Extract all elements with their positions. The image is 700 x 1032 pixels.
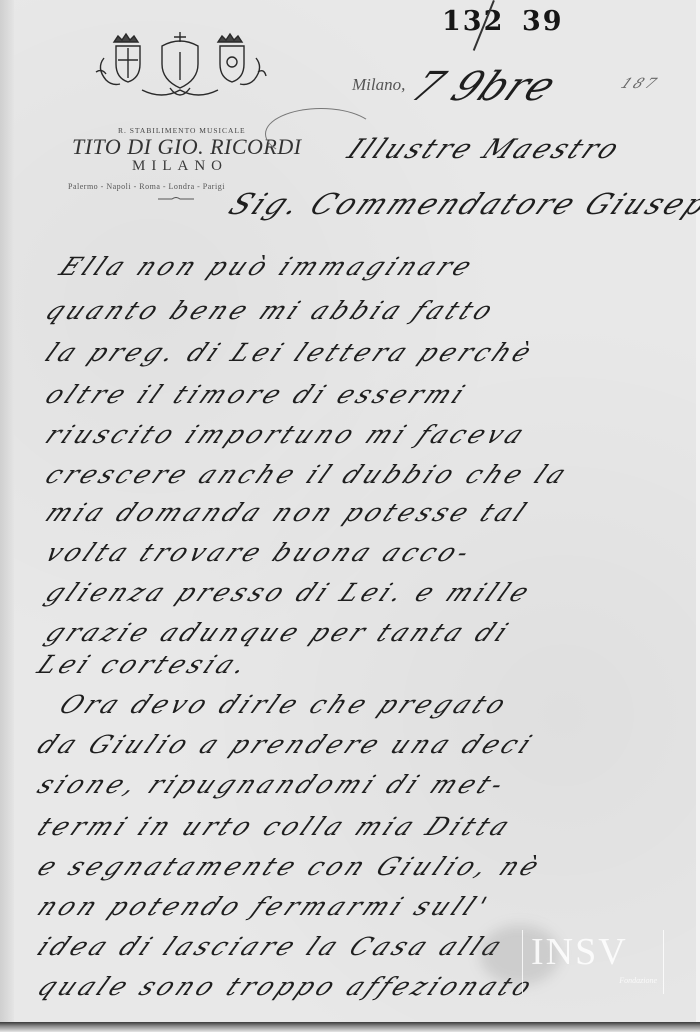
archive-number-right: 39 (522, 6, 564, 37)
body-line: idea di lasciare la Casa alla (32, 932, 511, 961)
body-line: quanto bene mi abbia fatto (40, 296, 502, 325)
body-line: Ella non può immaginare (54, 252, 481, 281)
body-line: Lei cortesia. (32, 650, 256, 679)
body-line: oltre il timore di essermi (40, 380, 473, 409)
body-line: sione, ripugnandomi di met- (32, 770, 513, 799)
page-right-edge (696, 0, 700, 1032)
body-line: e segnatamente con Giulio, nè (32, 852, 548, 881)
body-line: volta trovare buona acco- (40, 538, 479, 567)
body-line: non potendo fermarmi sull' (32, 892, 496, 921)
salutation-line-1: Illustre Maestro (342, 134, 628, 165)
body-line: Ora devo dirle che pregato (54, 690, 515, 719)
body-line: riuscito importuno mi faceva (40, 420, 533, 449)
salutation-line-2: Sig. Commendatore Giuseppe Verdi (223, 187, 700, 221)
body-line: grazie adunque per tanta di (40, 618, 517, 647)
page-left-edge (0, 0, 14, 1032)
date-handwritten: 7 9bre (403, 64, 565, 110)
archive-watermark: INSV Fondazione (522, 930, 664, 994)
body-line: mia domanda non potesse tal (40, 498, 535, 527)
archive-number-left: 132 (442, 6, 504, 37)
body-line: crescere anche il dubbio che la (40, 460, 575, 489)
letterhead-ornament-icon (158, 197, 194, 201)
body-line: la preg. di Lei lettera perchè (40, 338, 540, 367)
letterhead-city: MILANO (132, 158, 228, 175)
watermark-subtext: Fondazione (619, 976, 657, 985)
place-printed: Milano, (352, 75, 405, 95)
watermark-text: INSV (531, 930, 628, 974)
page-bottom-edge (0, 1022, 700, 1032)
coat-of-arms-icon (92, 28, 268, 110)
archive-number: 132 39 (442, 6, 504, 37)
letterhead-branches: Palermo - Napoli - Roma - Londra - Parig… (68, 182, 225, 191)
body-line: da Giulio a prendere una deci (32, 730, 540, 759)
body-line: quale sono troppo affezionato (32, 972, 541, 1001)
body-line: glienza presso di Lei. e mille (40, 578, 538, 607)
body-line: termi in urto colla mia Ditta (32, 812, 518, 841)
